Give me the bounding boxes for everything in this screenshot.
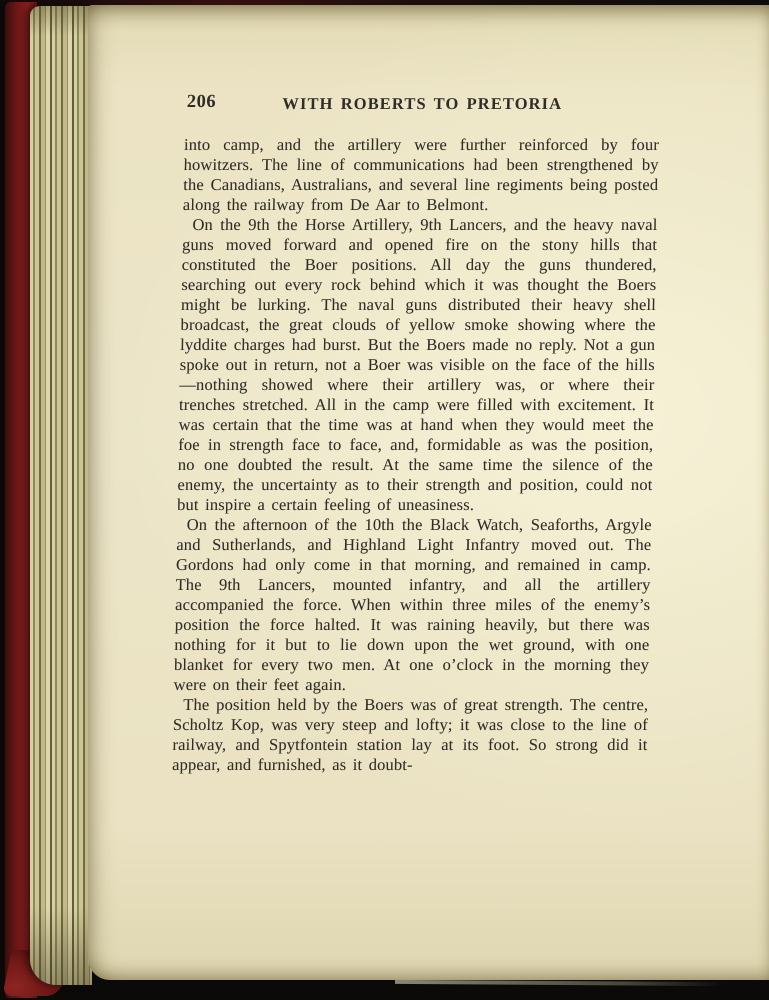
- running-header: WITH ROBERTS TO PRETORIA: [185, 92, 660, 114]
- scanned-book-photo: 206 WITH ROBERTS TO PRETORIA into camp, …: [0, 0, 769, 1000]
- printed-area: 206 WITH ROBERTS TO PRETORIA into camp, …: [172, 92, 660, 775]
- page-header: 206 WITH ROBERTS TO PRETORIA: [185, 92, 660, 114]
- table-edge-highlight: [395, 980, 725, 986]
- page-edges: [30, 6, 92, 985]
- paragraph: On the afternoon of the 10th the Black W…: [173, 515, 651, 695]
- paragraph: On the 9th the Horse Artillery, 9th Lanc…: [177, 215, 658, 515]
- paragraph: The position held by the Boers was of gr…: [172, 695, 649, 775]
- body-text: into camp, and the artillery were furthe…: [172, 135, 659, 775]
- page-number: 206: [187, 92, 217, 113]
- book-page: 206 WITH ROBERTS TO PRETORIA into camp, …: [88, 5, 769, 980]
- paragraph: into camp, and the artillery were furthe…: [183, 135, 660, 215]
